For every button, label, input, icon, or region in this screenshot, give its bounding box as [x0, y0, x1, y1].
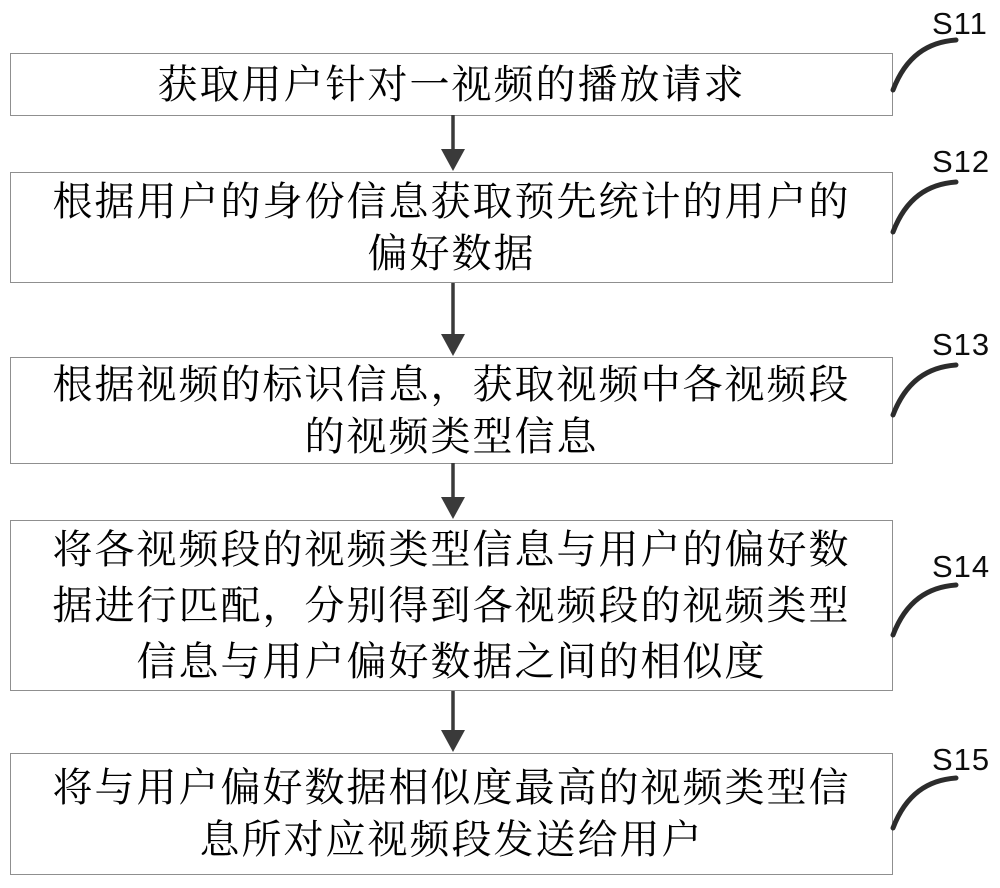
flow-step-box-s12: 根据用户的身份信息获取预先统计的用户的 偏好数据 — [10, 172, 893, 283]
flow-step-text: 息所对应视频段发送给用户 — [200, 814, 704, 866]
leader-curve-icon — [888, 772, 960, 834]
flow-step-text: 根据视频的标识信息，获取视频中各视频段 — [53, 359, 851, 411]
flowchart-figure: 获取用户针对一视频的播放请求 根据用户的身份信息获取预先统计的用户的 偏好数据 … — [0, 0, 1000, 888]
leader-curve-icon — [888, 579, 960, 641]
down-arrow-icon — [437, 283, 469, 356]
down-arrow-icon — [437, 115, 469, 171]
down-arrow-icon — [437, 691, 469, 752]
flow-step-text: 获取用户针对一视频的播放请求 — [158, 59, 746, 111]
step-label-s15: S15 — [932, 742, 998, 778]
flow-step-text: 将各视频段的视频类型信息与用户的偏好数 — [53, 522, 851, 578]
flow-step-text: 偏好数据 — [368, 228, 536, 280]
down-arrow-icon — [437, 463, 469, 519]
leader-curve-icon — [888, 359, 960, 421]
step-label-s13: S13 — [932, 327, 998, 363]
flow-step-text: 信息与用户偏好数据之间的相似度 — [137, 634, 767, 690]
step-label-s14: S14 — [932, 549, 998, 585]
flow-step-box-s14: 将各视频段的视频类型信息与用户的偏好数 据进行匹配，分别得到各视频段的视频类型 … — [10, 520, 893, 691]
step-label-s12: S12 — [932, 144, 998, 180]
step-label-s11: S11 — [932, 6, 998, 42]
flow-step-box-s15: 将与用户偏好数据相似度最高的视频类型信 息所对应视频段发送给用户 — [10, 753, 893, 875]
leader-curve-icon — [888, 34, 960, 96]
leader-curve-icon — [888, 176, 960, 238]
flow-step-text: 的视频类型信息 — [305, 411, 599, 463]
flow-step-box-s13: 根据视频的标识信息，获取视频中各视频段 的视频类型信息 — [10, 357, 893, 464]
flow-step-text: 据进行匹配，分别得到各视频段的视频类型 — [53, 578, 851, 634]
flow-step-text: 将与用户偏好数据相似度最高的视频类型信 — [53, 762, 851, 814]
flow-step-text: 根据用户的身份信息获取预先统计的用户的 — [53, 176, 851, 228]
flow-step-box-s11: 获取用户针对一视频的播放请求 — [10, 53, 893, 116]
